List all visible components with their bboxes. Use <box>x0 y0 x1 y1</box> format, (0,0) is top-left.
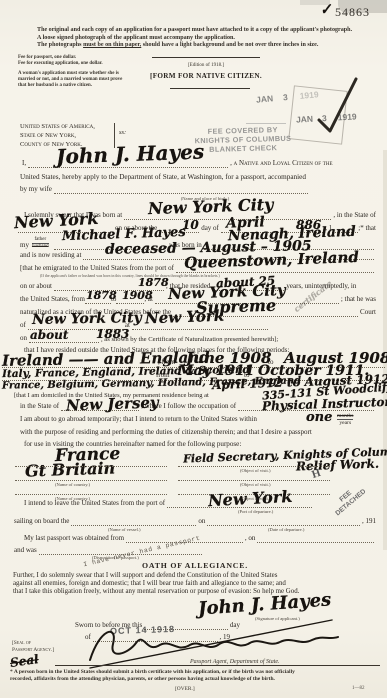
months-years-stack: months years <box>337 413 353 427</box>
hand-nat-on: about <box>30 329 68 341</box>
object-caption-1: (Object of visit.) <box>240 468 271 473</box>
oath-line2: against all enemies, foreign and domesti… <box>13 580 377 588</box>
father-option: father <box>32 237 49 244</box>
intro-line3: by my wife <box>20 186 310 194</box>
country-caption-2: (Name of country.) <box>55 482 90 487</box>
hand-emigrated-year: 1878 <box>138 277 169 288</box>
years-option: years <box>337 419 353 426</box>
photo-notice: The original and each copy of an applica… <box>37 27 382 50</box>
venue-ss: ss: <box>119 129 126 136</box>
hand-resided-to: 1908 <box>122 290 153 301</box>
photo-notice-line3: The photographs must be on thin paper, s… <box>37 42 382 50</box>
line-and-was: and was <box>14 547 204 555</box>
fee-detached-stamp: FEE DETACHED <box>329 482 368 518</box>
intro-line2: United States, hereby apply to the Depar… <box>20 174 306 182</box>
port-caption: (Port of departure.) <box>238 509 273 514</box>
photo-notice-line2: A loose signed photograph of the applica… <box>37 35 382 43</box>
heading-rule-top <box>152 57 260 58</box>
heading-rule-bottom <box>170 88 250 89</box>
vessel-caption: (Name of vessel.) <box>108 527 141 532</box>
husband-option-struck: husband <box>32 244 49 250</box>
line-purpose1: with the purpose of residing and perform… <box>20 429 312 437</box>
stamp-dash <box>246 123 286 124</box>
country-row3-line-left <box>15 493 167 495</box>
serial-checkmark: ✓ <box>319 2 333 17</box>
fee-notes: Fee for passport, one dollar. Fee for ex… <box>18 55 128 88</box>
country-row2-line-right <box>178 479 330 481</box>
hand-resided-from: 1878 <box>86 290 117 301</box>
hand-return-within: one <box>306 411 332 424</box>
serial-number: 54863 <box>335 5 370 20</box>
hand-nat-year: 1883 <box>96 328 129 340</box>
seal-label: [Seal of Passport Agency.] <box>12 640 54 653</box>
large-checkmark <box>312 76 362 140</box>
venue-line1: United States of America, <box>20 123 95 130</box>
fee-note-2: Fee for executing application, one dolla… <box>18 61 128 67</box>
seal-scribble: Seal <box>9 653 39 669</box>
footnote-line2: recorded, affidavits from the attending … <box>10 676 380 683</box>
bracket-note: (If the applicant's father or husband wa… <box>40 274 360 278</box>
footnote: * A person born in the United States sho… <box>10 669 380 682</box>
over-label: [OVER.] <box>175 686 195 692</box>
applicant-name-hand: John J. Hayes <box>56 141 205 166</box>
country-row2-line-left <box>15 479 167 481</box>
edition-label: [Edition of 1918.] <box>145 63 267 68</box>
photo-notice-line1: The original and each copy of an applica… <box>37 27 382 35</box>
form-number: 1—82 <box>352 686 365 691</box>
woman-note: A woman's application must state whether… <box>18 71 128 88</box>
country-row1-line-right <box>178 465 330 467</box>
hand-nat-of: New York City <box>32 311 142 327</box>
passport-application-page: ✓ 54863 The original and each copy of an… <box>0 0 387 698</box>
date-caption: (Date of departure.) <box>268 527 304 532</box>
object-caption-2: (Object of visit.) <box>240 482 271 487</box>
line-nat-year: on, as shown by the Certificate of Natur… <box>20 335 376 343</box>
oath-line1: Further, I do solemnly swear that I will… <box>13 572 377 580</box>
venue-line2: State of New York, <box>20 132 76 139</box>
country-row1-line-left <box>15 465 167 467</box>
line-vessel: sailing on board theon, 191 <box>14 518 376 526</box>
form-title: [FORM FOR NATIVE CITIZEN. <box>130 72 282 80</box>
line-return: I am about to go abroad temporarily; tha… <box>20 416 257 424</box>
oath-title: OATH OF ALLEGIANCE. <box>120 561 270 570</box>
footnote-line1: * A person born in the United States sho… <box>10 669 380 676</box>
footnote-rule <box>55 665 380 666</box>
hand-residence-state: New Jersey <box>66 395 159 413</box>
hand-depart-port: New York <box>208 489 293 509</box>
hand-country2: Gt Britain <box>25 460 116 479</box>
hand-nat-at: New York <box>145 309 225 327</box>
father-husband-stack: father husband <box>32 237 49 250</box>
